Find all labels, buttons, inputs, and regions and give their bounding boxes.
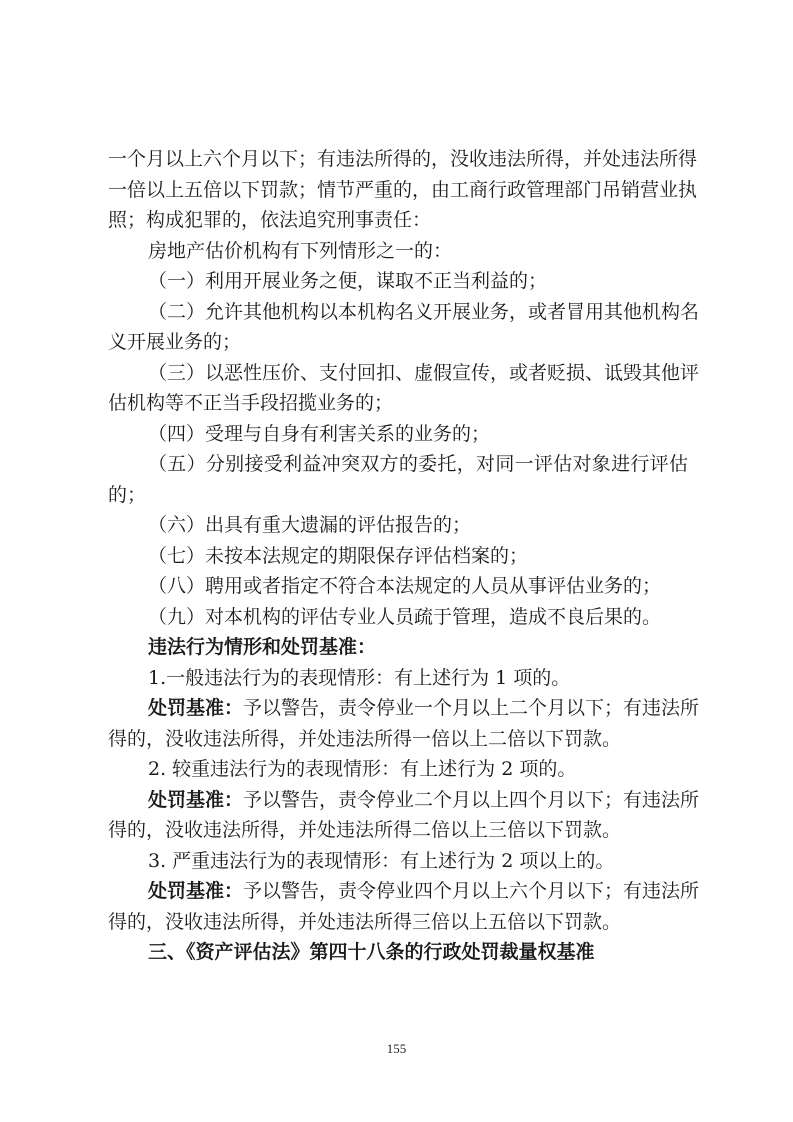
- paragraph-line: 照；构成犯罪的，依法追究刑事责任：: [108, 205, 688, 236]
- next-section-heading: 三、《资产评估法》第四十八条的行政处罚裁量权基准: [108, 937, 688, 968]
- level-3-basis-continued: 得的，没收违法所得，并处违法所得三倍以上五倍以下罚款。: [108, 907, 688, 938]
- section-heading: 违法行为情形和处罚基准：: [108, 632, 688, 663]
- level-1-basis: 处罚基准：予以警告，责令停业一个月以上二个月以下；有违法所: [108, 693, 688, 724]
- list-item-6: （六）出具有重大遗漏的评估报告的；: [108, 510, 688, 541]
- level-3-basis: 处罚基准：予以警告，责令停业四个月以上六个月以下；有违法所: [108, 876, 688, 907]
- basis-label: 处罚基准：: [148, 880, 243, 902]
- list-item-8: （八）聘用或者指定不符合本法规定的人员从事评估业务的；: [108, 571, 688, 602]
- level-2-basis: 处罚基准：予以警告，责令停业二个月以上四个月以下；有违法所: [108, 785, 688, 816]
- level-1-situation: 1.一般违法行为的表现情形：有上述行为 1 项的。: [108, 663, 688, 694]
- list-item-9: （九）对本机构的评估专业人员疏于管理，造成不良后果的。: [108, 602, 688, 633]
- list-item-2-continued: 义开展业务的；: [108, 327, 688, 358]
- list-intro: 房地产估价机构有下列情形之一的：: [108, 236, 688, 267]
- basis-text: 予以警告，责令停业一个月以上二个月以下；有违法所: [243, 697, 699, 719]
- list-item-1: （一）利用开展业务之便，谋取不正当利益的；: [108, 266, 688, 297]
- level-2-situation: 2. 较重违法行为的表现情形：有上述行为 2 项的。: [108, 754, 688, 785]
- level-1-basis-continued: 得的，没收违法所得，并处违法所得一倍以上二倍以下罚款。: [108, 724, 688, 755]
- list-item-5-continued: 的；: [108, 480, 688, 511]
- basis-label: 处罚基准：: [148, 789, 243, 811]
- level-3-situation: 3. 严重违法行为的表现情形：有上述行为 2 项以上的。: [108, 846, 688, 877]
- list-item-7: （七）未按本法规定的期限保存评估档案的；: [108, 541, 688, 572]
- document-body: 一个月以上六个月以下；有违法所得的，没收违法所得，并处违法所得 一倍以上五倍以下…: [108, 144, 688, 968]
- basis-text: 予以警告，责令停业二个月以上四个月以下；有违法所: [243, 789, 699, 811]
- basis-text: 予以警告，责令停业四个月以上六个月以下；有违法所: [243, 880, 699, 902]
- list-item-2: （二）允许其他机构以本机构名义开展业务，或者冒用其他机构名: [108, 297, 688, 328]
- paragraph-line: 一个月以上六个月以下；有违法所得的，没收违法所得，并处违法所得: [108, 144, 688, 175]
- basis-label: 处罚基准：: [148, 697, 243, 719]
- list-item-5: （五）分别接受利益冲突双方的委托，对同一评估对象进行评估: [108, 449, 688, 480]
- list-item-4: （四）受理与自身有利害关系的业务的；: [108, 419, 688, 450]
- paragraph-line: 一倍以上五倍以下罚款；情节严重的，由工商行政管理部门吊销营业执: [108, 175, 688, 206]
- list-item-3-continued: 估机构等不正当手段招揽业务的；: [108, 388, 688, 419]
- list-item-3: （三）以恶性压价、支付回扣、虚假宣传，或者贬损、诋毁其他评: [108, 358, 688, 389]
- level-2-basis-continued: 得的，没收违法所得，并处违法所得二倍以上三倍以下罚款。: [108, 815, 688, 846]
- page-number: 155: [0, 1041, 793, 1057]
